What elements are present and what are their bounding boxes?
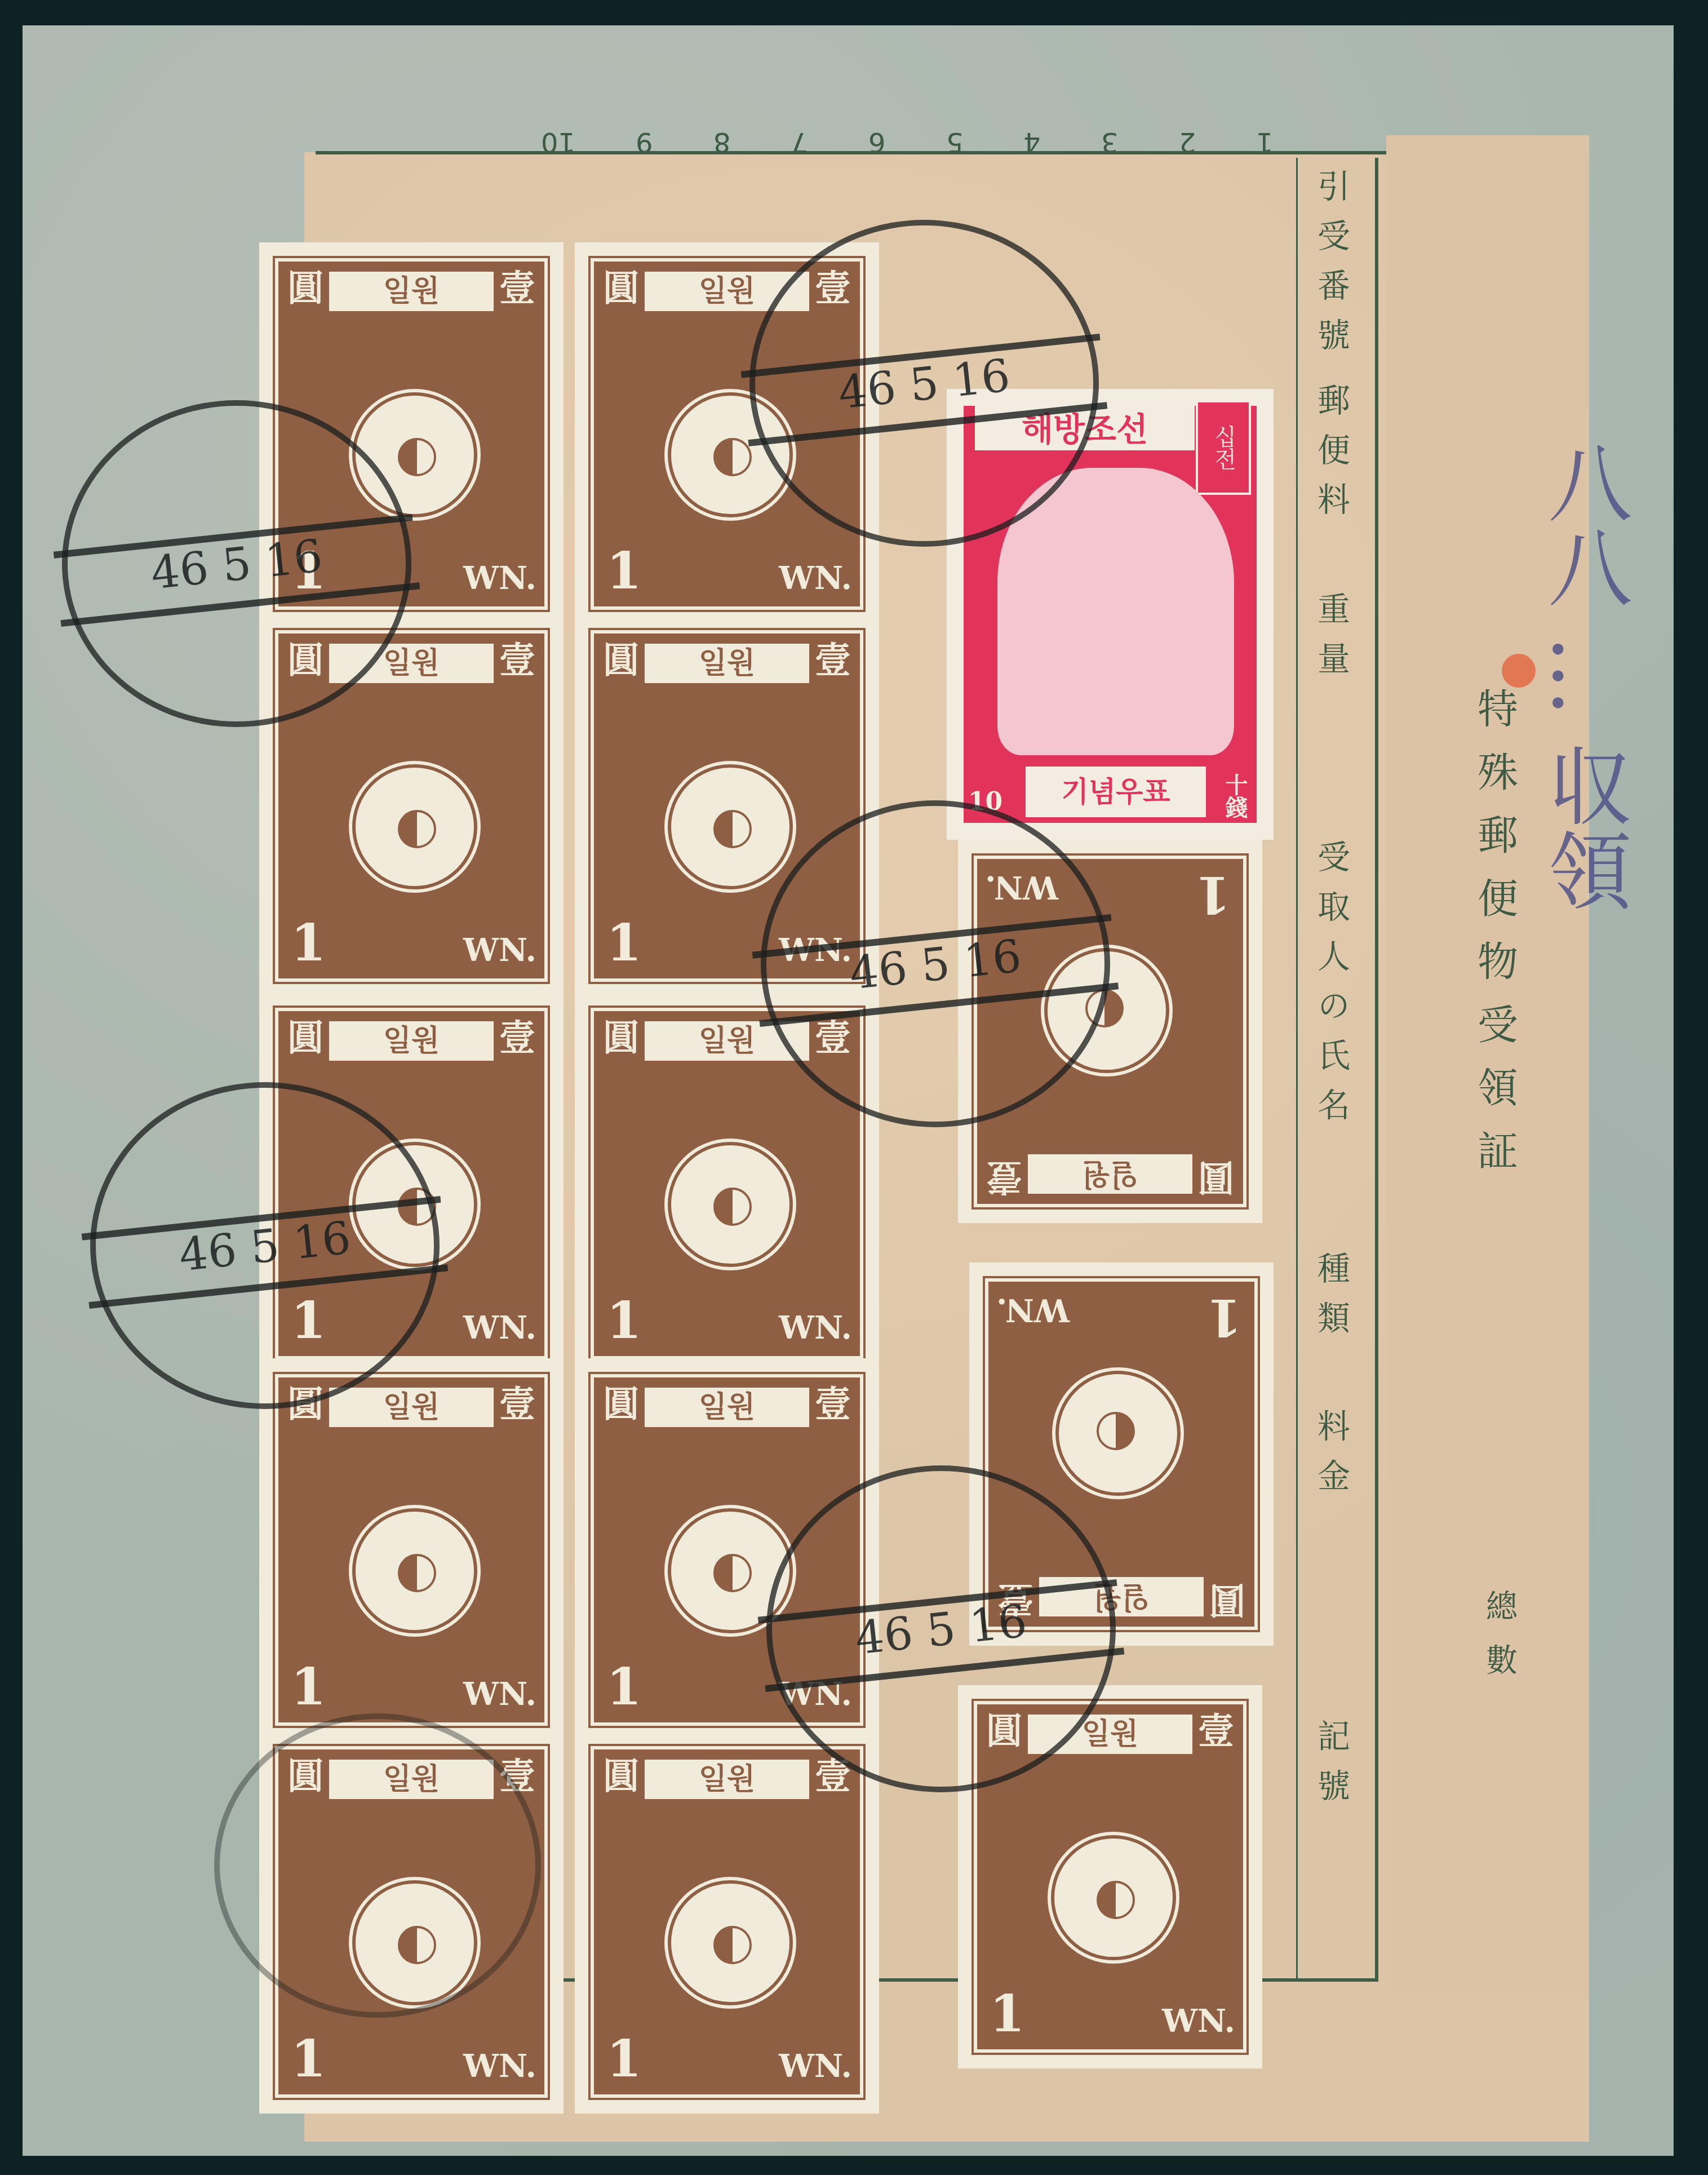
stamp-corner: 壹 <box>499 643 535 679</box>
postmark: 46 5 16 <box>90 1082 440 1409</box>
taeguk-disc <box>1051 1835 1176 1960</box>
stamp-value: 1 <box>606 918 642 968</box>
stamp-unit: WN. <box>1162 2005 1235 2037</box>
stamp-corner: 圓 <box>287 271 323 307</box>
definitive-stamp-1-won: 圓일원壹1WN. <box>575 1730 879 2114</box>
stamp-corner: 圓 <box>287 1020 323 1056</box>
field-label: 郵便料 <box>1307 383 1355 532</box>
stamp-value: 1 <box>1195 869 1231 920</box>
handwritten-signature: 八八 ... 収領 <box>1521 440 1643 912</box>
stamp-corner: 圓 <box>1198 1159 1234 1195</box>
stamp-corner: 圓 <box>1209 1582 1245 1618</box>
form-title: 特殊郵便物受領証 <box>1465 688 1524 1193</box>
stamp-value: 1 <box>606 1662 642 1712</box>
stamp-value: 1 <box>1206 1292 1242 1343</box>
stamp-corner: 圓 <box>603 1020 639 1056</box>
stamp-corner: 壹 <box>499 1020 535 1056</box>
stamp-corner: 壹 <box>986 1159 1022 1195</box>
stamp-banner: 일원 <box>329 1021 494 1061</box>
stamp-banner: 일원 <box>645 1388 809 1427</box>
postmark: 46 5 16 <box>62 400 411 727</box>
stamp-banner: 일원 <box>329 272 494 311</box>
stamp-unit: WN. <box>779 1312 852 1344</box>
stamp-corner: 壹 <box>815 643 851 679</box>
taeguk-disc <box>352 1508 477 1633</box>
taeguk-disc <box>352 764 477 889</box>
stamp-bottom-text: 기념우표 <box>1026 767 1206 817</box>
taeguk-icon <box>1097 1412 1135 1450</box>
footer-label: 總數 <box>1476 1589 1521 1698</box>
stamp-unit: WN. <box>779 562 852 594</box>
postmark: 46 5 16 <box>761 800 1110 1127</box>
stamp-corner: 圓 <box>603 271 639 307</box>
taeguk-icon <box>713 810 752 848</box>
stamp-corner: 壹 <box>499 271 535 307</box>
taeguk-disc <box>668 1142 793 1267</box>
form-rule <box>1375 158 1378 1978</box>
stamp-banner: 일원 <box>645 1760 809 1799</box>
stamp-unit: WN. <box>463 562 536 594</box>
stamp-value: 1 <box>291 2034 326 2084</box>
stamp-value: 1 <box>291 918 326 968</box>
stamp-unit: WN. <box>779 2050 852 2082</box>
definitive-stamp-1-won: 圓일원壹1WN. <box>259 1358 564 1742</box>
taeguk-icon <box>398 1554 436 1592</box>
stamp-corner: 圓 <box>603 1386 639 1423</box>
form-rule <box>316 151 1386 154</box>
field-label: 重量 <box>1307 592 1355 691</box>
taeguk-icon <box>1097 1881 1135 1919</box>
stamp-banner: 일원 <box>1028 1154 1192 1194</box>
taeguk-icon <box>713 1554 752 1592</box>
stamp-value: 1 <box>990 1988 1025 2039</box>
stamp-unit: WN. <box>463 2050 536 2082</box>
taeguk-icon <box>398 438 436 476</box>
stamp-unit: WN. <box>463 1312 536 1344</box>
taeguk-disc <box>1055 1371 1181 1496</box>
taeguk-icon <box>713 1926 752 1964</box>
postmark <box>214 1713 541 2018</box>
stamp-corner: 壹 <box>1198 1713 1234 1749</box>
stamp-shield: 십전 <box>1196 400 1251 495</box>
form-rule <box>1296 158 1298 1978</box>
stamp-unit: WN. <box>463 934 536 966</box>
postmark: 46 5 16 <box>749 220 1099 547</box>
red-seal-mark <box>1502 654 1536 688</box>
stamp-corner: 壹 <box>499 1386 535 1423</box>
taeguk-disc <box>668 764 793 889</box>
field-label: 引受番號 <box>1307 169 1355 367</box>
field-label: 種類 <box>1307 1251 1355 1350</box>
field-label: 料金 <box>1307 1409 1355 1508</box>
stamp-value: 1 <box>606 1295 642 1346</box>
taeguk-icon <box>713 438 752 476</box>
taeguk-disc <box>668 1880 793 2005</box>
stamp-corner: 圓 <box>603 643 639 679</box>
taeguk-icon <box>713 1188 752 1226</box>
stamp-value: 1 <box>606 546 642 596</box>
postmark: 46 5 16 <box>766 1465 1116 1792</box>
field-label: 記號 <box>1307 1719 1355 1818</box>
stamp-corner: 圓 <box>603 1758 639 1795</box>
stamp-banner: 일원 <box>645 644 809 683</box>
stamp-unit: WN. <box>463 1678 536 1710</box>
field-label: 受取人の氏名 <box>1307 840 1355 1137</box>
stamp-chinese-value: 十錢 <box>1212 773 1251 818</box>
stamp-value: 1 <box>291 1662 326 1712</box>
stamp-banner: 일원 <box>329 1388 494 1427</box>
stamp-corner: 壹 <box>815 1386 851 1423</box>
stamp-unit: WN. <box>996 1294 1070 1326</box>
stamp-value: 1 <box>606 2034 642 2084</box>
taeguk-icon <box>398 810 436 848</box>
